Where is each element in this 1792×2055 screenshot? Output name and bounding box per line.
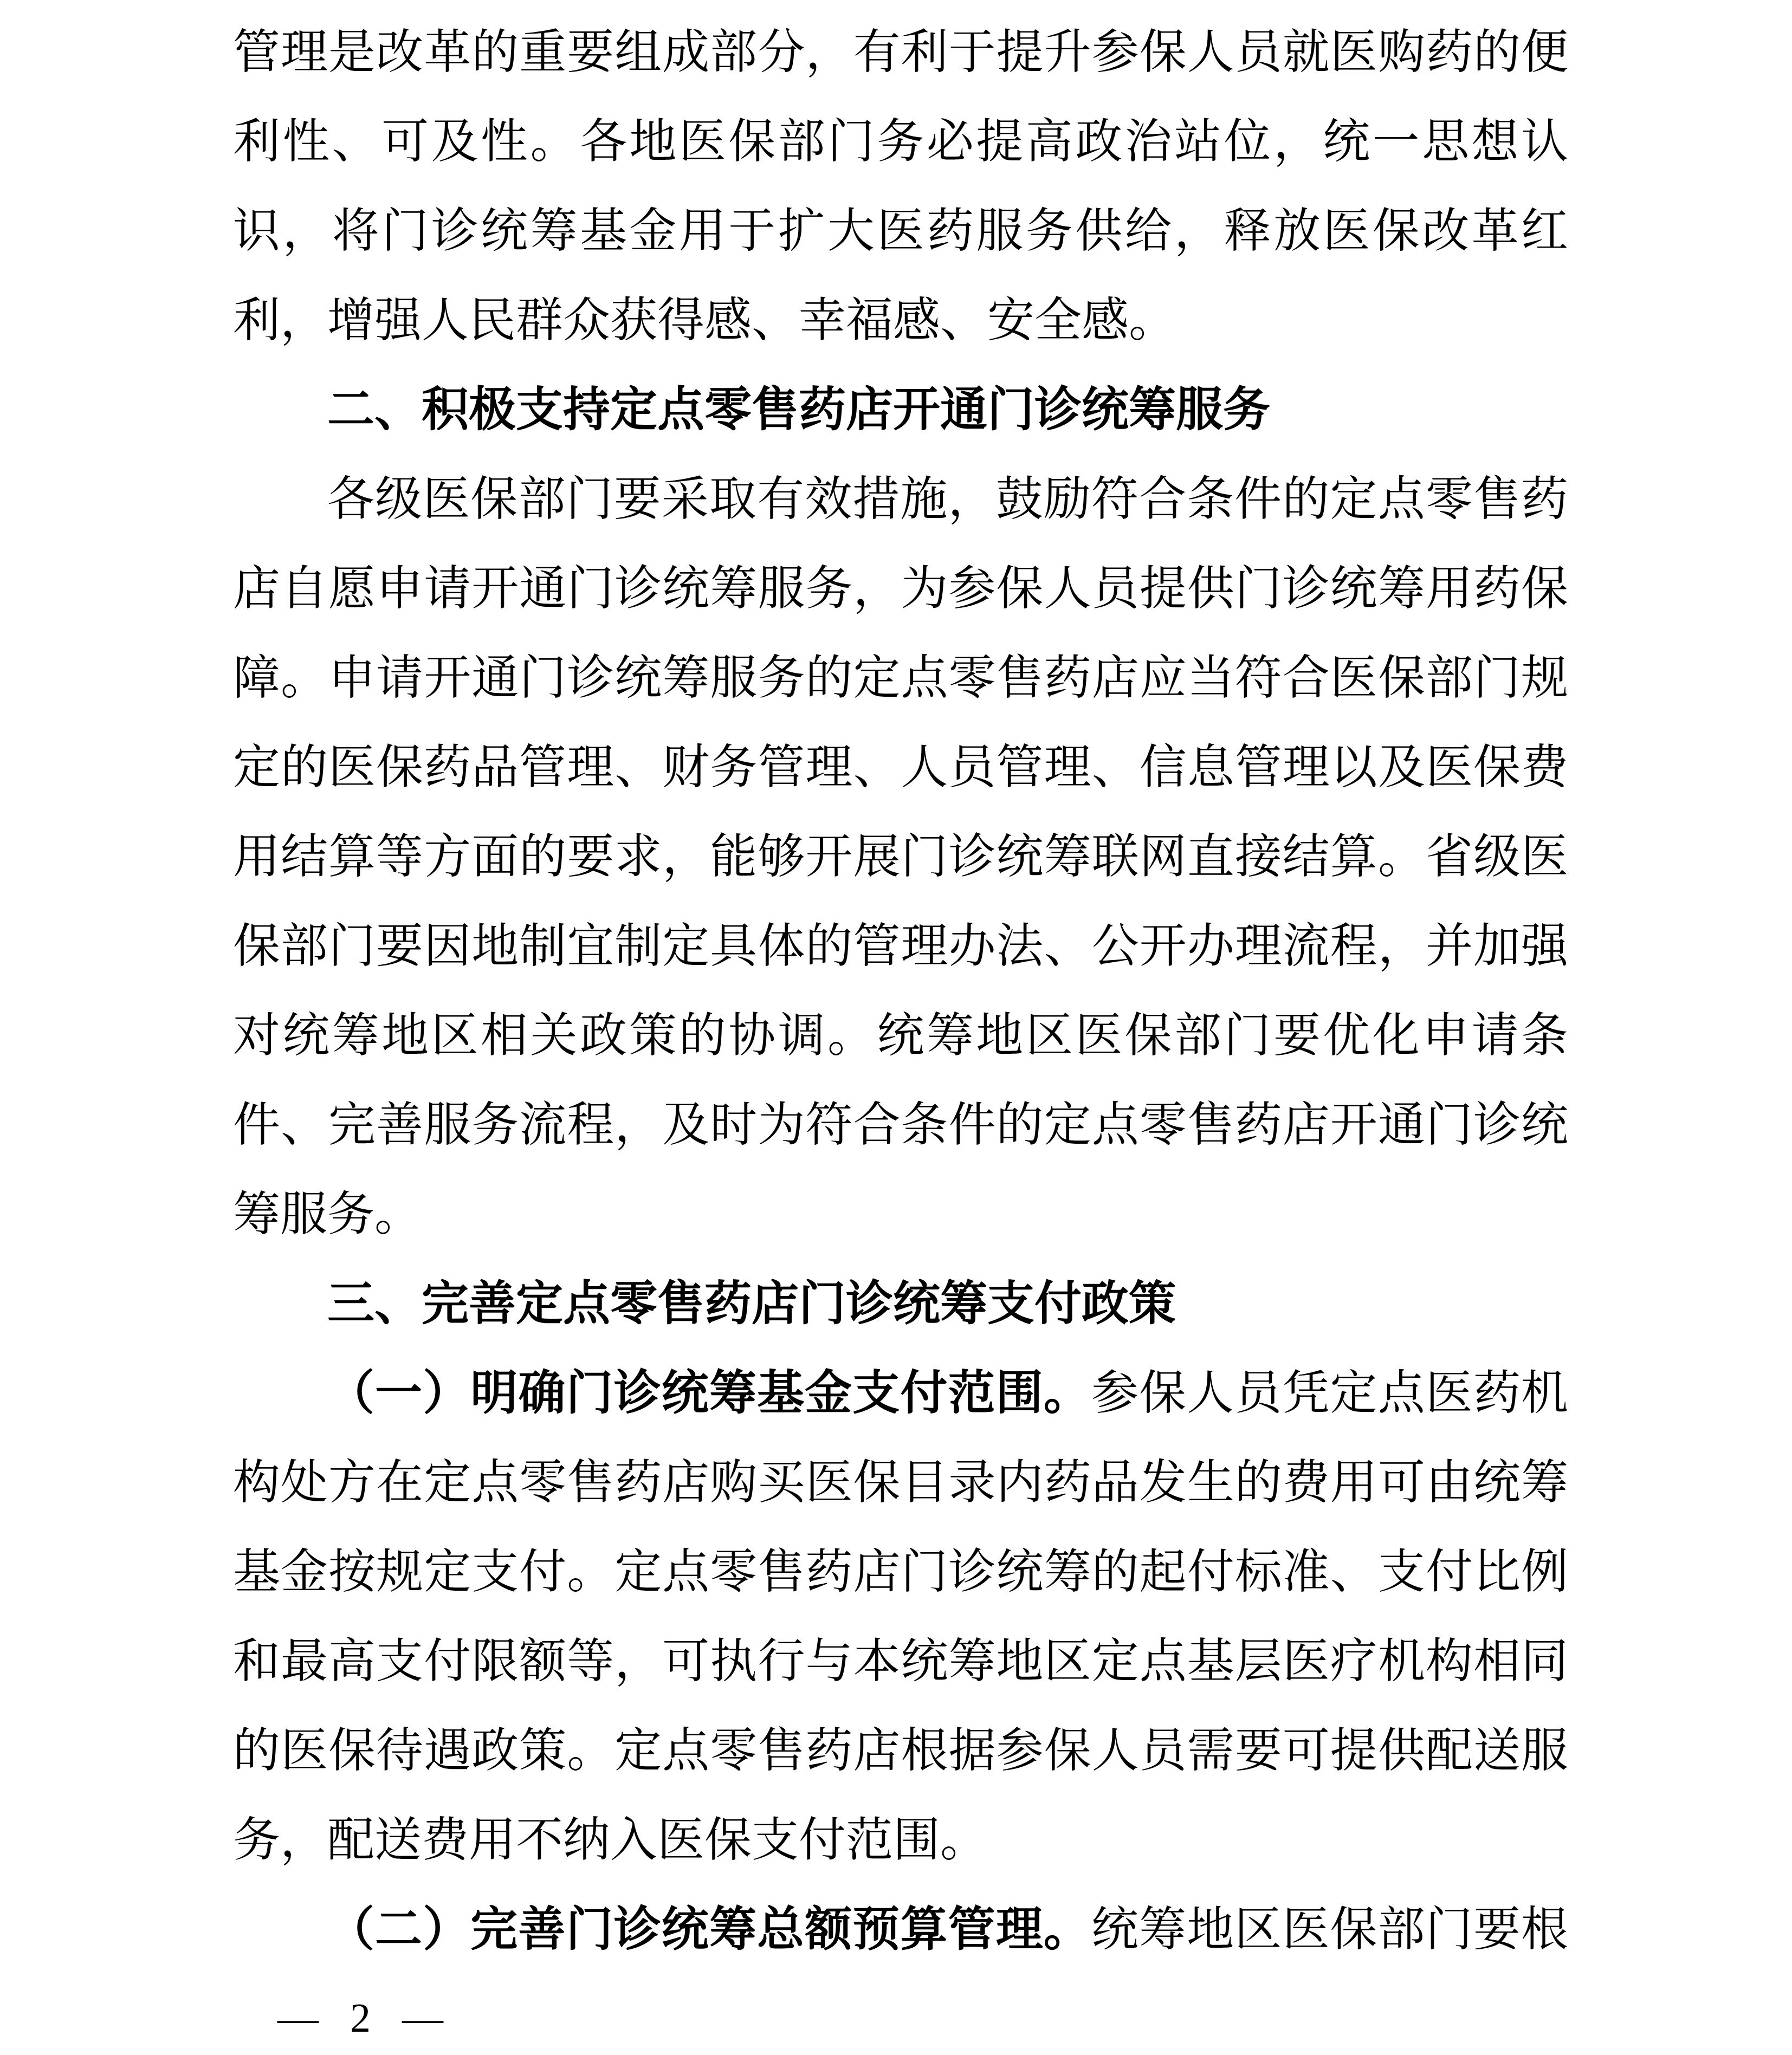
document-line: 保部门要因地制宜制定具体的管理办法、公开办理流程，并加强 bbox=[233, 902, 1568, 991]
footer-right-dash: — bbox=[402, 1994, 443, 2043]
document-line: 务，配送费用不纳入医保支付范围。 bbox=[233, 1795, 1568, 1885]
document-line: 件、完善服务流程，及时为符合条件的定点零售药店开通门诊统 bbox=[233, 1080, 1568, 1170]
text-segment: 利，增强人民群众获得感、幸福感、安全感。 bbox=[233, 294, 1176, 347]
text-segment: 务，配送费用不纳入医保支付范围。 bbox=[233, 1814, 987, 1866]
document-line: 筹服务。 bbox=[233, 1170, 1568, 1259]
footer-left-dash: — bbox=[277, 1994, 319, 2043]
text-segment: 参保人员凭定点医药机 bbox=[1091, 1367, 1568, 1419]
text-segment: 基金按规定支付。定点零售药店门诊统筹的起付标准、支付比例 bbox=[233, 1546, 1568, 1598]
section-heading: 二、积极支持定点零售药店开通门诊统筹服务 bbox=[233, 365, 1568, 455]
text-segment: 构处方在定点零售药店购买医保目录内药品发生的费用可由统筹 bbox=[233, 1456, 1568, 1509]
text-segment: 管理是改革的重要组成部分，有利于提升参保人员就医购药的便 bbox=[233, 26, 1568, 79]
text-segment: 保部门要因地制宜制定具体的管理办法、公开办理流程，并加强 bbox=[233, 920, 1568, 973]
document-line: 对统筹地区相关政策的协调。统筹地区医保部门要优化申请条 bbox=[233, 991, 1568, 1080]
document-line: 利性、可及性。各地医保部门务必提高政治站位，统一思想认 bbox=[233, 97, 1568, 186]
document-line: 店自愿申请开通门诊统筹服务，为参保人员提供门诊统筹用药保 bbox=[233, 544, 1568, 633]
page-number: 2 bbox=[350, 1994, 371, 2043]
document-line: 各级医保部门要采取有效措施，鼓励符合条件的定点零售药 bbox=[233, 455, 1568, 544]
text-segment: 筹服务。 bbox=[233, 1188, 422, 1241]
text-segment: （一）明确门诊统筹基金支付范围。 bbox=[327, 1367, 1091, 1419]
text-segment: 用结算等方面的要求，能够开展门诊统筹联网直接结算。省级医 bbox=[233, 831, 1568, 883]
document-line: 管理是改革的重要组成部分，有利于提升参保人员就医购药的便 bbox=[233, 8, 1568, 97]
text-segment: 店自愿申请开通门诊统筹服务，为参保人员提供门诊统筹用药保 bbox=[233, 562, 1568, 615]
text-segment: 统筹地区医保部门要根 bbox=[1091, 1903, 1568, 1956]
section-heading: 三、完善定点零售药店门诊统筹支付政策 bbox=[233, 1259, 1568, 1349]
document-line: 障。申请开通门诊统筹服务的定点零售药店应当符合医保部门规 bbox=[233, 633, 1568, 723]
document-page: 管理是改革的重要组成部分，有利于提升参保人员就医购药的便利性、可及性。各地医保部… bbox=[0, 0, 1792, 2055]
text-segment: 利性、可及性。各地医保部门务必提高政治站位，统一思想认 bbox=[233, 115, 1568, 168]
document-body: 管理是改革的重要组成部分，有利于提升参保人员就医购药的便利性、可及性。各地医保部… bbox=[233, 8, 1568, 1974]
document-line: 和最高支付限额等，可执行与本统筹地区定点基层医疗机构相同 bbox=[233, 1617, 1568, 1706]
text-segment: 各级医保部门要采取有效措施，鼓励符合条件的定点零售药 bbox=[327, 473, 1568, 526]
document-line: 基金按规定支付。定点零售药店门诊统筹的起付标准、支付比例 bbox=[233, 1527, 1568, 1617]
text-segment: 件、完善服务流程，及时为符合条件的定点零售药店开通门诊统 bbox=[233, 1099, 1568, 1151]
document-line: 用结算等方面的要求，能够开展门诊统筹联网直接结算。省级医 bbox=[233, 812, 1568, 902]
document-line: 构处方在定点零售药店购买医保目录内药品发生的费用可由统筹 bbox=[233, 1438, 1568, 1527]
document-line: 的医保待遇政策。定点零售药店根据参保人员需要可提供配送服 bbox=[233, 1706, 1568, 1795]
page-footer: — 2 — bbox=[277, 1994, 443, 2043]
text-segment: 的医保待遇政策。定点零售药店根据参保人员需要可提供配送服 bbox=[233, 1725, 1568, 1777]
text-segment: （二）完善门诊统筹总额预算管理。 bbox=[327, 1903, 1091, 1956]
document-line: 识，将门诊统筹基金用于扩大医药服务供给，释放医保改革红 bbox=[233, 186, 1568, 276]
text-segment: 障。申请开通门诊统筹服务的定点零售药店应当符合医保部门规 bbox=[233, 652, 1568, 704]
document-line: 定的医保药品管理、财务管理、人员管理、信息管理以及医保费 bbox=[233, 723, 1568, 812]
document-line: （二）完善门诊统筹总额预算管理。统筹地区医保部门要根 bbox=[233, 1885, 1568, 1974]
text-segment: 对统筹地区相关政策的协调。统筹地区医保部门要优化申请条 bbox=[233, 1009, 1568, 1062]
text-segment: 二、积极支持定点零售药店开通门诊统筹服务 bbox=[327, 384, 1270, 436]
text-segment: 识，将门诊统筹基金用于扩大医药服务供给，释放医保改革红 bbox=[233, 205, 1568, 257]
document-line: 利，增强人民群众获得感、幸福感、安全感。 bbox=[233, 276, 1568, 365]
text-segment: 三、完善定点零售药店门诊统筹支付政策 bbox=[327, 1278, 1176, 1330]
document-line: （一）明确门诊统筹基金支付范围。参保人员凭定点医药机 bbox=[233, 1349, 1568, 1438]
text-segment: 和最高支付限额等，可执行与本统筹地区定点基层医疗机构相同 bbox=[233, 1635, 1568, 1688]
text-segment: 定的医保药品管理、财务管理、人员管理、信息管理以及医保费 bbox=[233, 741, 1568, 794]
